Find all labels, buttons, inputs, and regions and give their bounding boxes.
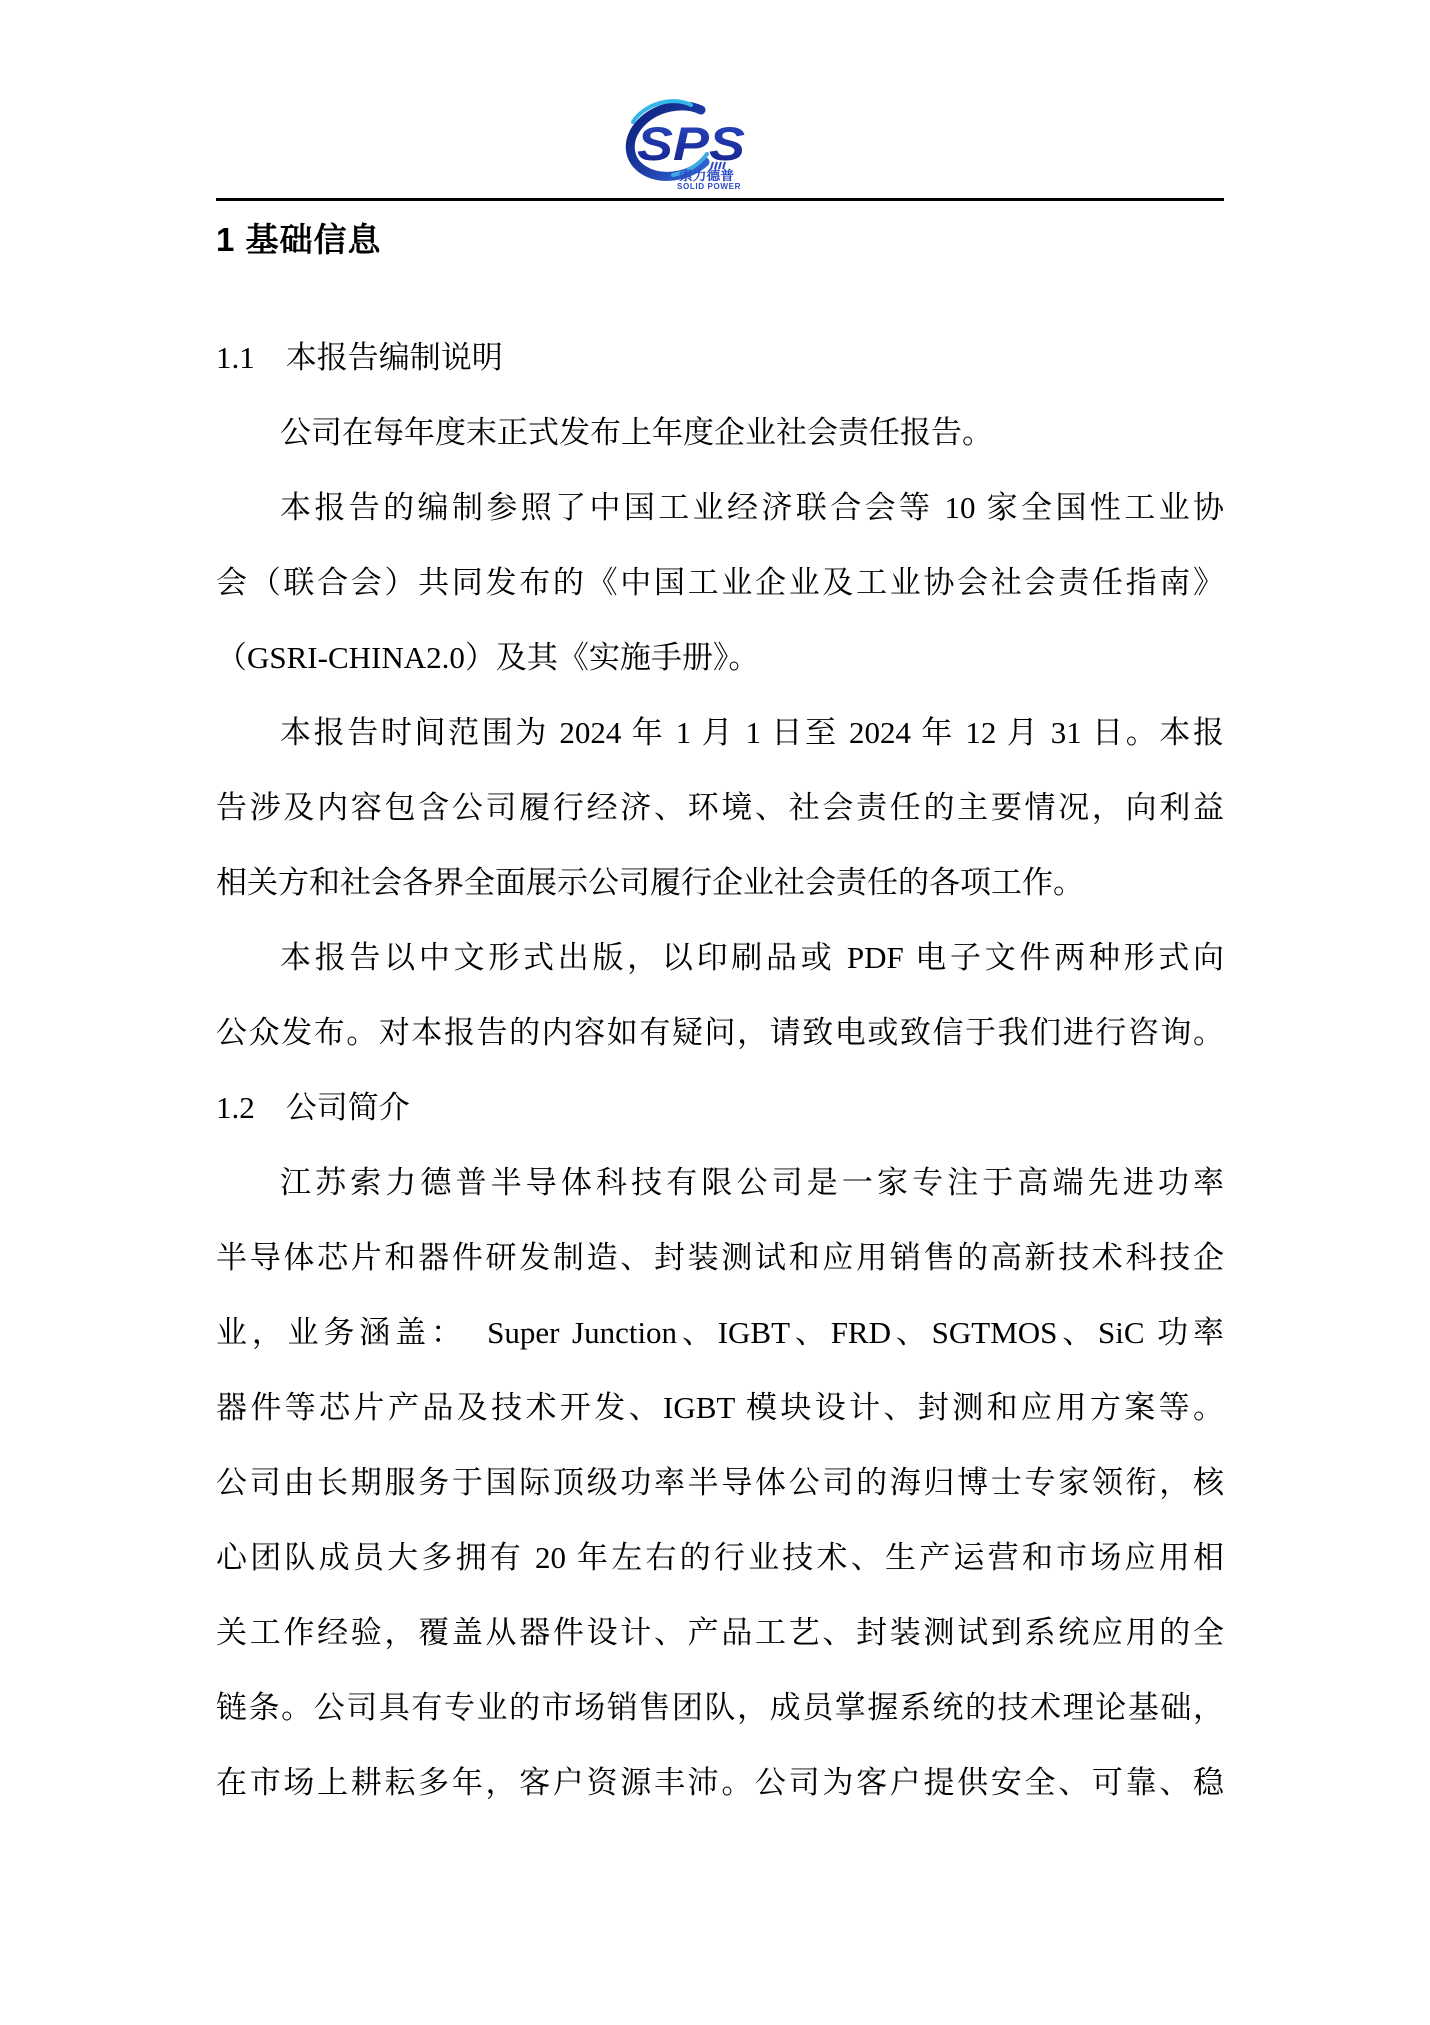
body-text-block: 1.1 本报告编制说明 公司在每年度末正式发布上年度企业社会责任报告。 本报告的… — [216, 320, 1224, 1820]
body-line: 公众发布。对本报告的内容如有疑问，请致电或致信于我们进行咨询。 — [216, 995, 1224, 1070]
company-logo: SPS 索力德普 SOLID POWER — [611, 96, 759, 190]
body-line: 心团队成员大多拥有 20 年左右的行业技术、生产运营和市场应用相 — [216, 1520, 1224, 1595]
body-line: 本报告以中文形式出版，以印刷品或 PDF 电子文件两种形式向 — [216, 920, 1224, 995]
logo-acronym: SPS — [637, 117, 745, 170]
section-heading-1-1: 1.1 本报告编制说明 — [216, 320, 1224, 395]
logo-company-name-en: SOLID POWER — [677, 182, 741, 190]
body-line: 本报告的编制参照了中国工业经济联合会等 10 家全国性工业协 — [216, 470, 1224, 545]
body-line: 器件等芯片产品及技术开发、IGBT 模块设计、封测和应用方案等。 — [216, 1370, 1224, 1445]
section-heading-1-2: 1.2 公司简介 — [216, 1070, 1224, 1145]
body-line: 在市场上耕耘多年，客户资源丰沛。公司为客户提供安全、可靠、稳 — [216, 1745, 1224, 1820]
body-line: （GSRI-CHINA2.0）及其《实施手册》。 — [216, 620, 1224, 695]
logo-company-name-cn: 索力德普 — [679, 168, 734, 183]
body-line: 业，业务涵盖： Super Junction、IGBT、FRD、SGTMOS、S… — [216, 1295, 1224, 1370]
body-line: 公司由长期服务于国际顶级功率半导体公司的海归博士专家领衔，核 — [216, 1445, 1224, 1520]
body-line: 半导体芯片和器件研发制造、封装测试和应用销售的高新技术科技企 — [216, 1220, 1224, 1295]
body-line: 江苏索力德普半导体科技有限公司是一家专注于高端先进功率 — [216, 1145, 1224, 1220]
body-line: 关工作经验，覆盖从器件设计、产品工艺、封装测试到系统应用的全 — [216, 1595, 1224, 1670]
body-line: 告涉及内容包含公司履行经济、环境、社会责任的主要情况，向利益 — [216, 770, 1224, 845]
body-line: 本报告时间范围为 2024 年 1 月 1 日至 2024 年 12 月 31 … — [216, 695, 1224, 770]
chapter-heading: 1 基础信息 — [216, 213, 1224, 267]
body-line: 链条。公司具有专业的市场销售团队，成员掌握系统的技术理论基础， — [216, 1670, 1224, 1745]
header-divider — [216, 198, 1224, 201]
body-line: 相关方和社会各界全面展示公司履行企业社会责任的各项工作。 — [216, 845, 1224, 920]
body-line: 公司在每年度末正式发布上年度企业社会责任报告。 — [216, 395, 1224, 470]
body-line: 会（联合会）共同发布的《中国工业企业及工业协会社会责任指南》 — [216, 545, 1224, 620]
report-page: SPS 索力德普 SOLID POWER 1 基础信息 1.1 本报告编制说明 … — [0, 0, 1430, 2025]
